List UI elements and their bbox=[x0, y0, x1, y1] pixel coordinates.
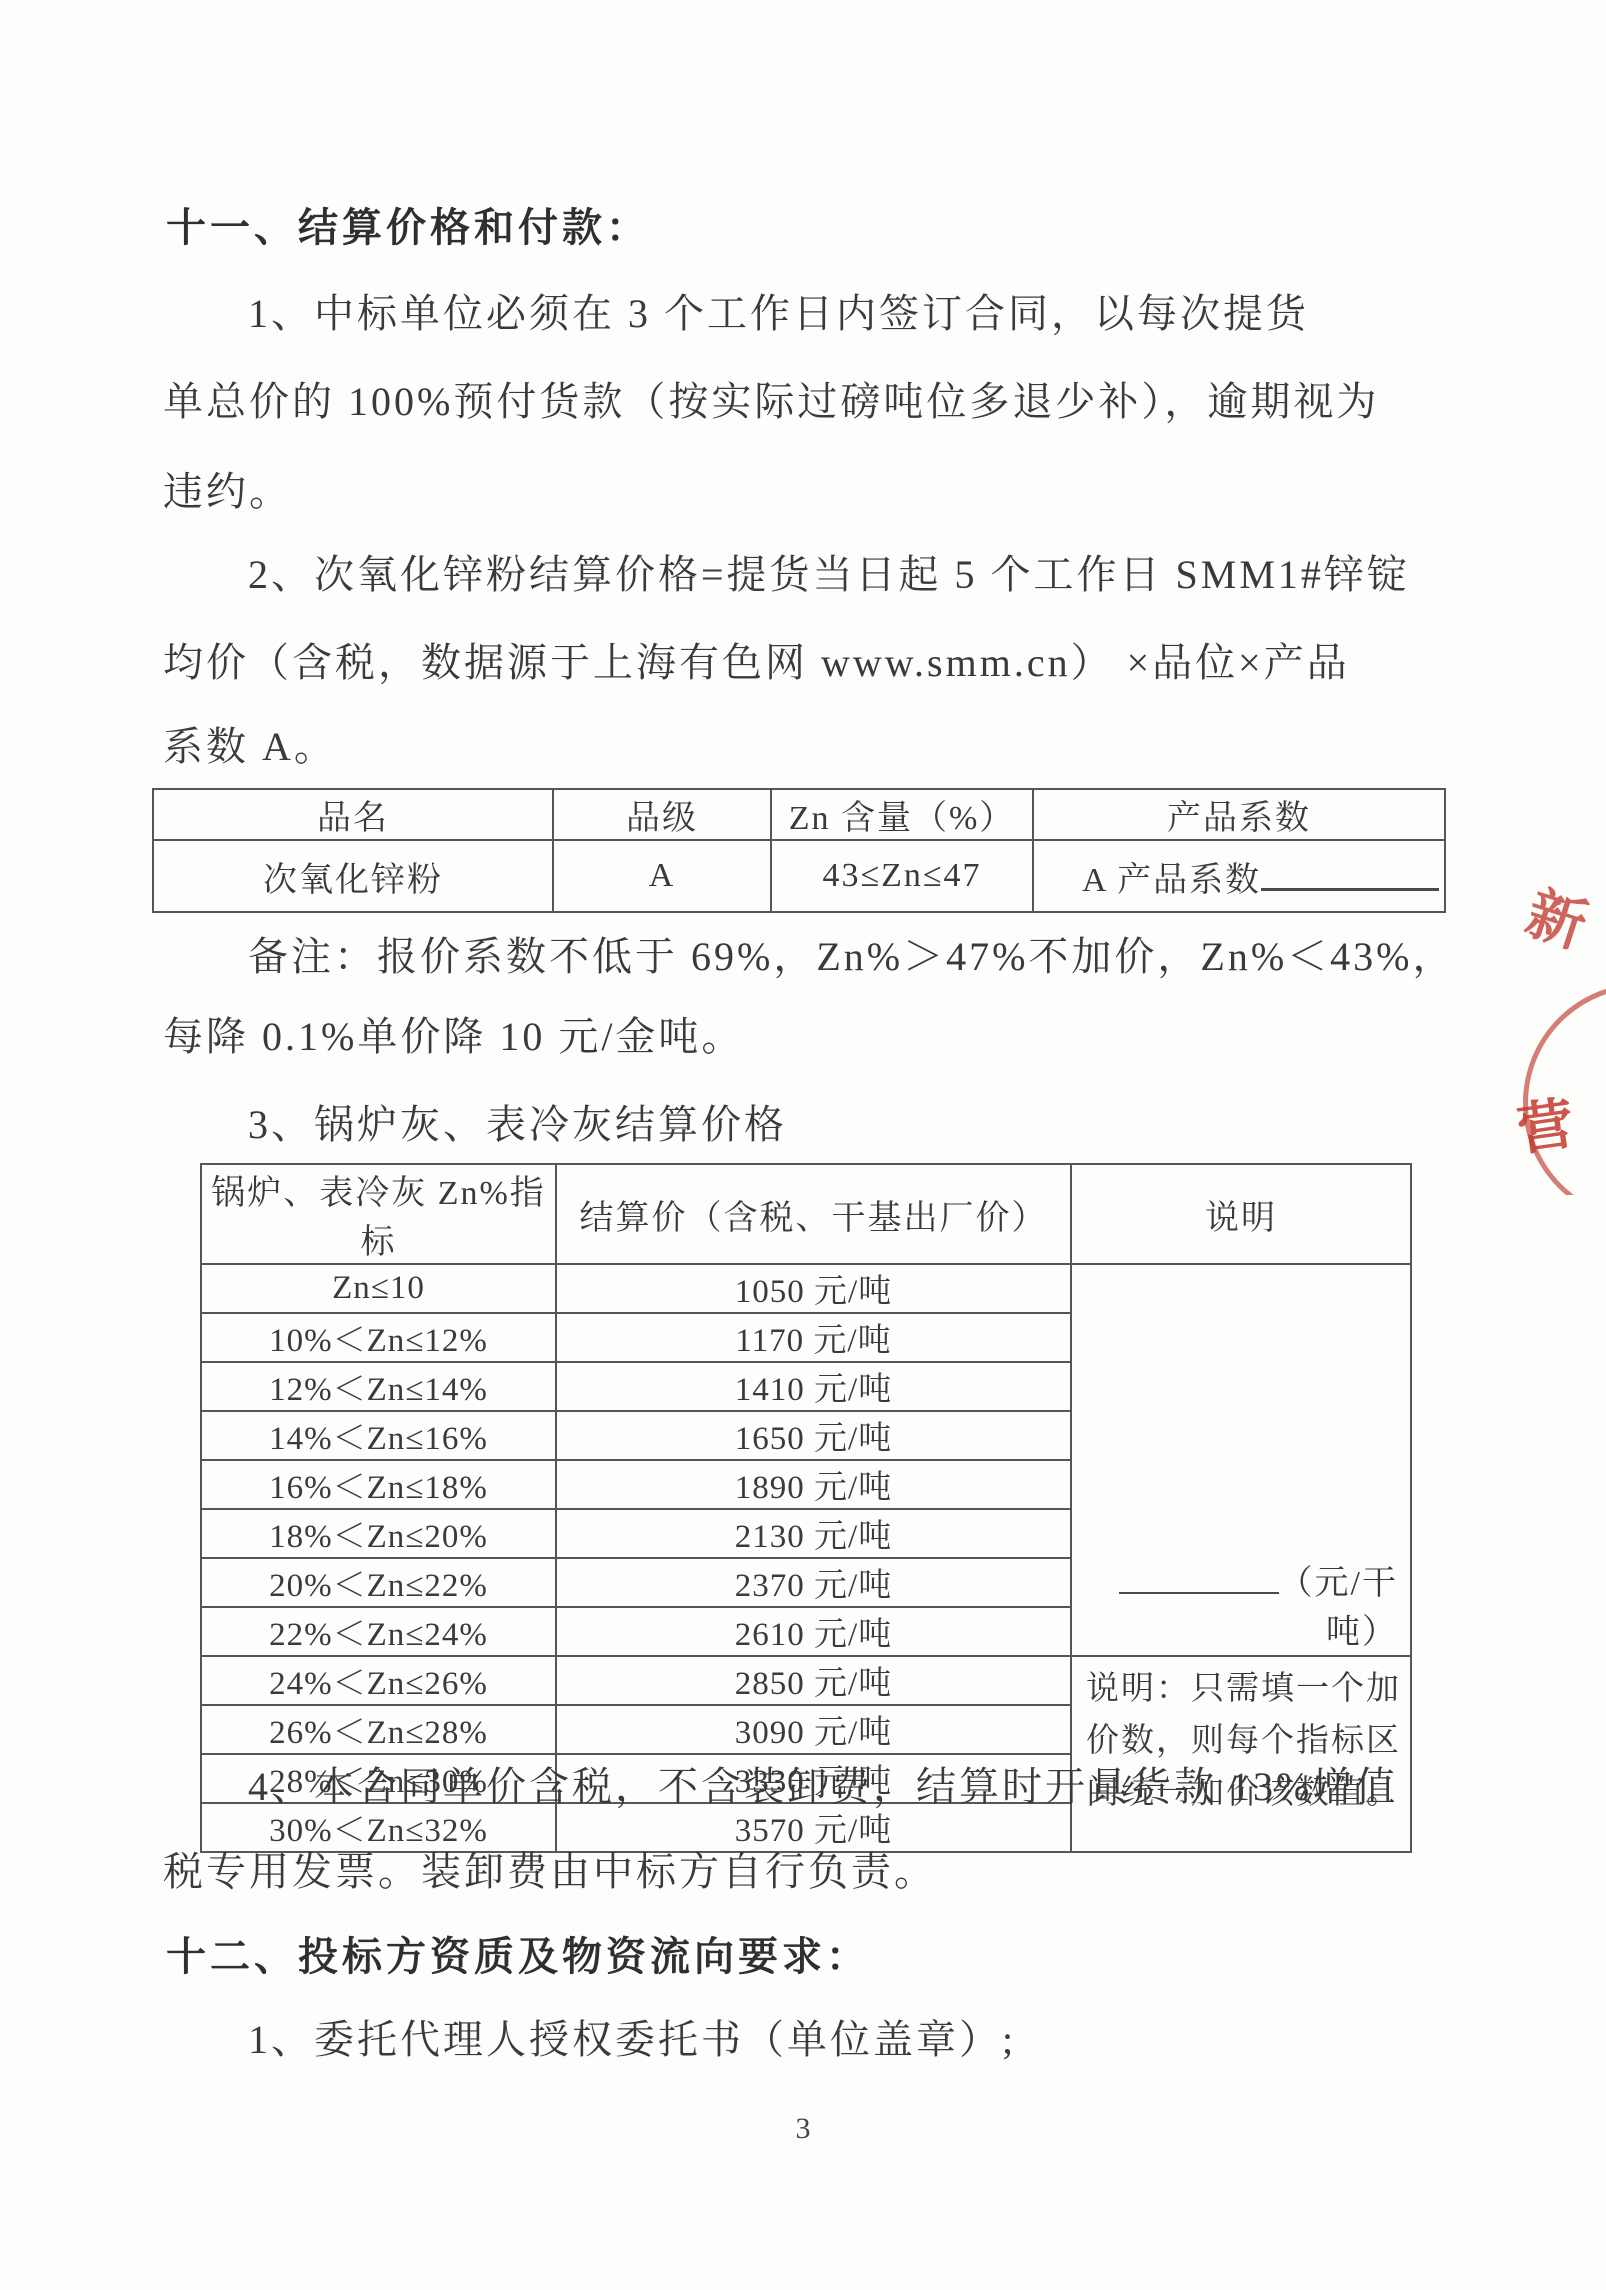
remark-line-1: 备注：报价系数不低于 69%，Zn%＞47%不加价，Zn%＜43%， bbox=[248, 925, 1455, 982]
stamp-character-fragment: 新 bbox=[1517, 866, 1598, 964]
red-seal-stamp: 新 营 bbox=[1471, 865, 1606, 1195]
table-row: 24%＜Zn≤26% 2850 元/吨 说明：只需填一个加 价数，则每个指标区 … bbox=[201, 1656, 1411, 1705]
para3-heading: 3、锅炉灰、表冷灰结算价格 bbox=[248, 1093, 787, 1150]
price-cell: 2610 元/吨 bbox=[556, 1607, 1071, 1656]
price-cell: 3090 元/吨 bbox=[556, 1705, 1071, 1754]
table1-header-coeff: 产品系数 bbox=[1033, 789, 1445, 840]
unit-label: （元/干吨） bbox=[1279, 1565, 1398, 1651]
para4-line-1: 4、本合同单价含税，不含装卸费，结算时开具货款 13%增值 bbox=[248, 1755, 1398, 1812]
table1-product-cell: 次氧化锌粉 bbox=[153, 840, 553, 912]
scanned-document-page: 十一、结算价格和付款： 1、中标单位必须在 3 个工作日内签订合同，以每次提货 … bbox=[0, 0, 1606, 2290]
zn-range-cell: 18%＜Zn≤20% bbox=[201, 1509, 556, 1558]
zn-range-cell: 24%＜Zn≤26% bbox=[201, 1656, 556, 1705]
zn-range-cell: 14%＜Zn≤16% bbox=[201, 1411, 556, 1460]
table-row: Zn≤10 1050 元/吨 （元/干吨） bbox=[201, 1264, 1411, 1313]
note-unit-cell: （元/干吨） bbox=[1071, 1264, 1411, 1656]
para2-line-2: 均价（含税，数据源于上海有色网 www.smm.cn） ×品位×产品 bbox=[163, 631, 1350, 688]
section-11-heading: 十一、结算价格和付款： bbox=[166, 196, 650, 253]
table1-data-row: 次氧化锌粉 A 43≤Zn≤47 A 产品系数 bbox=[153, 840, 1445, 912]
table1-grade-cell: A bbox=[553, 840, 771, 912]
coefficient-blank-field bbox=[1261, 854, 1439, 891]
table2-header-note: 说明 bbox=[1071, 1164, 1411, 1264]
table1-header-product: 品名 bbox=[153, 789, 553, 840]
table1-header-zn: Zn 含量（%） bbox=[771, 789, 1033, 840]
para4-line-2: 税专用发票。装卸费由中标方自行负责。 bbox=[163, 1840, 937, 1897]
para1-line-1: 1、中标单位必须在 3 个工作日内签订合同，以每次提货 bbox=[248, 282, 1309, 339]
price-cell: 2130 元/吨 bbox=[556, 1509, 1071, 1558]
zn-range-cell: 16%＜Zn≤18% bbox=[201, 1460, 556, 1509]
para2-line-3: 系数 A。 bbox=[163, 715, 337, 772]
price-cell: 1050 元/吨 bbox=[556, 1264, 1071, 1313]
zn-range-cell: 26%＜Zn≤28% bbox=[201, 1705, 556, 1754]
price-cell: 1170 元/吨 bbox=[556, 1313, 1071, 1362]
zn-range-cell: 22%＜Zn≤24% bbox=[201, 1607, 556, 1656]
zn-range-cell: 10%＜Zn≤12% bbox=[201, 1313, 556, 1362]
table1-header-grade: 品级 bbox=[553, 789, 771, 840]
table1-zn-cell: 43≤Zn≤47 bbox=[771, 840, 1033, 912]
table1-header-row: 品名 品级 Zn 含量（%） 产品系数 bbox=[153, 789, 1445, 840]
para1-line-3: 违约。 bbox=[163, 460, 292, 517]
section12-item-1: 1、委托代理人授权委托书（单位盖章）; bbox=[248, 2008, 1016, 2065]
para1-line-2: 单总价的 100%预付货款（按实际过磅吨位多退少补），逾期视为 bbox=[163, 370, 1379, 427]
product-coefficient-table: 品名 品级 Zn 含量（%） 产品系数 次氧化锌粉 A 43≤Zn≤47 A 产… bbox=[152, 788, 1446, 913]
zn-range-cell: 12%＜Zn≤14% bbox=[201, 1362, 556, 1411]
remark-line-2: 每降 0.1%单价降 10 元/金吨。 bbox=[163, 1005, 744, 1062]
price-cell: 1410 元/吨 bbox=[556, 1362, 1071, 1411]
price-cell: 2850 元/吨 bbox=[556, 1656, 1071, 1705]
markup-blank-field bbox=[1119, 1559, 1279, 1594]
price-cell: 1890 元/吨 bbox=[556, 1460, 1071, 1509]
note-remark-cell: 说明：只需填一个加 价数，则每个指标区 间统一加价该数值。 bbox=[1071, 1656, 1411, 1852]
note-remark-line: 说明：只需填一个加 bbox=[1086, 1663, 1396, 1715]
price-cell: 1650 元/吨 bbox=[556, 1411, 1071, 1460]
table2-header-row: 锅炉、表冷灰 Zn%指标 结算价（含税、干基出厂价） 说明 bbox=[201, 1164, 1411, 1264]
coeff-label: A 产品系数 bbox=[1082, 862, 1261, 899]
section-12-heading: 十二、投标方资质及物资流向要求： bbox=[166, 1925, 870, 1982]
table2-header-price: 结算价（含税、干基出厂价） bbox=[556, 1164, 1071, 1264]
ash-price-table: 锅炉、表冷灰 Zn%指标 结算价（含税、干基出厂价） 说明 Zn≤10 1050… bbox=[200, 1163, 1412, 1853]
page-number: 3 bbox=[0, 2112, 1606, 2146]
zn-range-cell: Zn≤10 bbox=[201, 1264, 556, 1313]
stamp-character-fragment: 营 bbox=[1512, 1079, 1579, 1166]
stamp-circle-arc bbox=[1523, 983, 1606, 1195]
zn-range-cell: 20%＜Zn≤22% bbox=[201, 1558, 556, 1607]
para2-line-1: 2、次氧化锌粉结算价格=提货当日起 5 个工作日 SMM1#锌锭 bbox=[248, 543, 1410, 600]
table2-header-indicator: 锅炉、表冷灰 Zn%指标 bbox=[201, 1164, 556, 1264]
table1-coeff-cell: A 产品系数 bbox=[1033, 840, 1445, 912]
price-cell: 2370 元/吨 bbox=[556, 1558, 1071, 1607]
